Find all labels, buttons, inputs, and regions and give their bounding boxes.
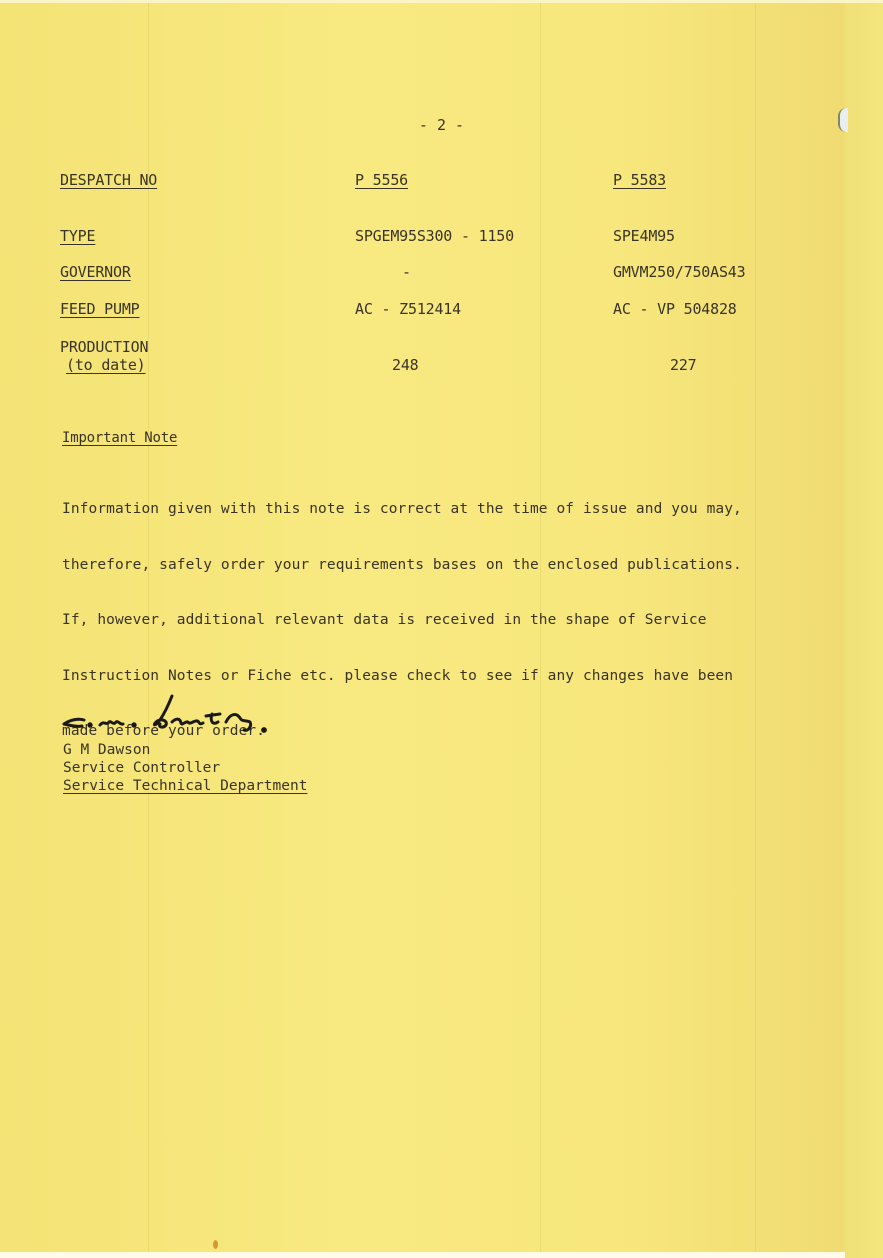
note-title: Important Note (62, 430, 177, 446)
scan-edge (0, 0, 883, 3)
type-2: SPE4M95 (613, 227, 675, 245)
signer-title: Service Controller (63, 759, 307, 777)
note-line: Information given with this note is corr… (62, 500, 742, 519)
page-number: - 2 - (0, 116, 883, 134)
feed-pump-1: AC - Z512414 (355, 300, 461, 318)
label-type: TYPE (60, 227, 95, 245)
production-1: 248 (392, 356, 419, 374)
governor-2: GMVM250/750AS43 (613, 263, 745, 281)
despatch-no-1: P 5556 (355, 171, 408, 189)
handwritten-signature (60, 692, 300, 740)
feed-pump-2: AC - VP 504828 (613, 300, 737, 318)
label-governor: GOVERNOR (60, 263, 131, 281)
label-production: PRODUCTION (60, 338, 148, 356)
despatch-no-2: P 5583 (613, 171, 666, 189)
note-line: If, however, additional relevant data is… (62, 611, 742, 630)
label-despatch-no: DESPATCH NO (60, 171, 157, 189)
production-2: 227 (670, 356, 697, 374)
type-1: SPGEM95S300 - 1150 (355, 227, 514, 245)
ink-spot (213, 1240, 218, 1249)
signer-name: G M Dawson (63, 741, 307, 759)
signer-block: G M Dawson Service Controller Service Te… (63, 741, 307, 795)
paper-edge (845, 0, 883, 1258)
signer-department: Service Technical Department (63, 777, 307, 795)
governor-1: - (402, 263, 411, 281)
scan-edge (0, 1252, 845, 1258)
note-line: Instruction Notes or Fiche etc. please c… (62, 667, 742, 686)
label-feed-pump: FEED PUMP (60, 300, 139, 318)
note-line: therefore, safely order your requirement… (62, 556, 742, 575)
fold-line (755, 0, 756, 1258)
label-to-date: (to date) (66, 356, 145, 374)
